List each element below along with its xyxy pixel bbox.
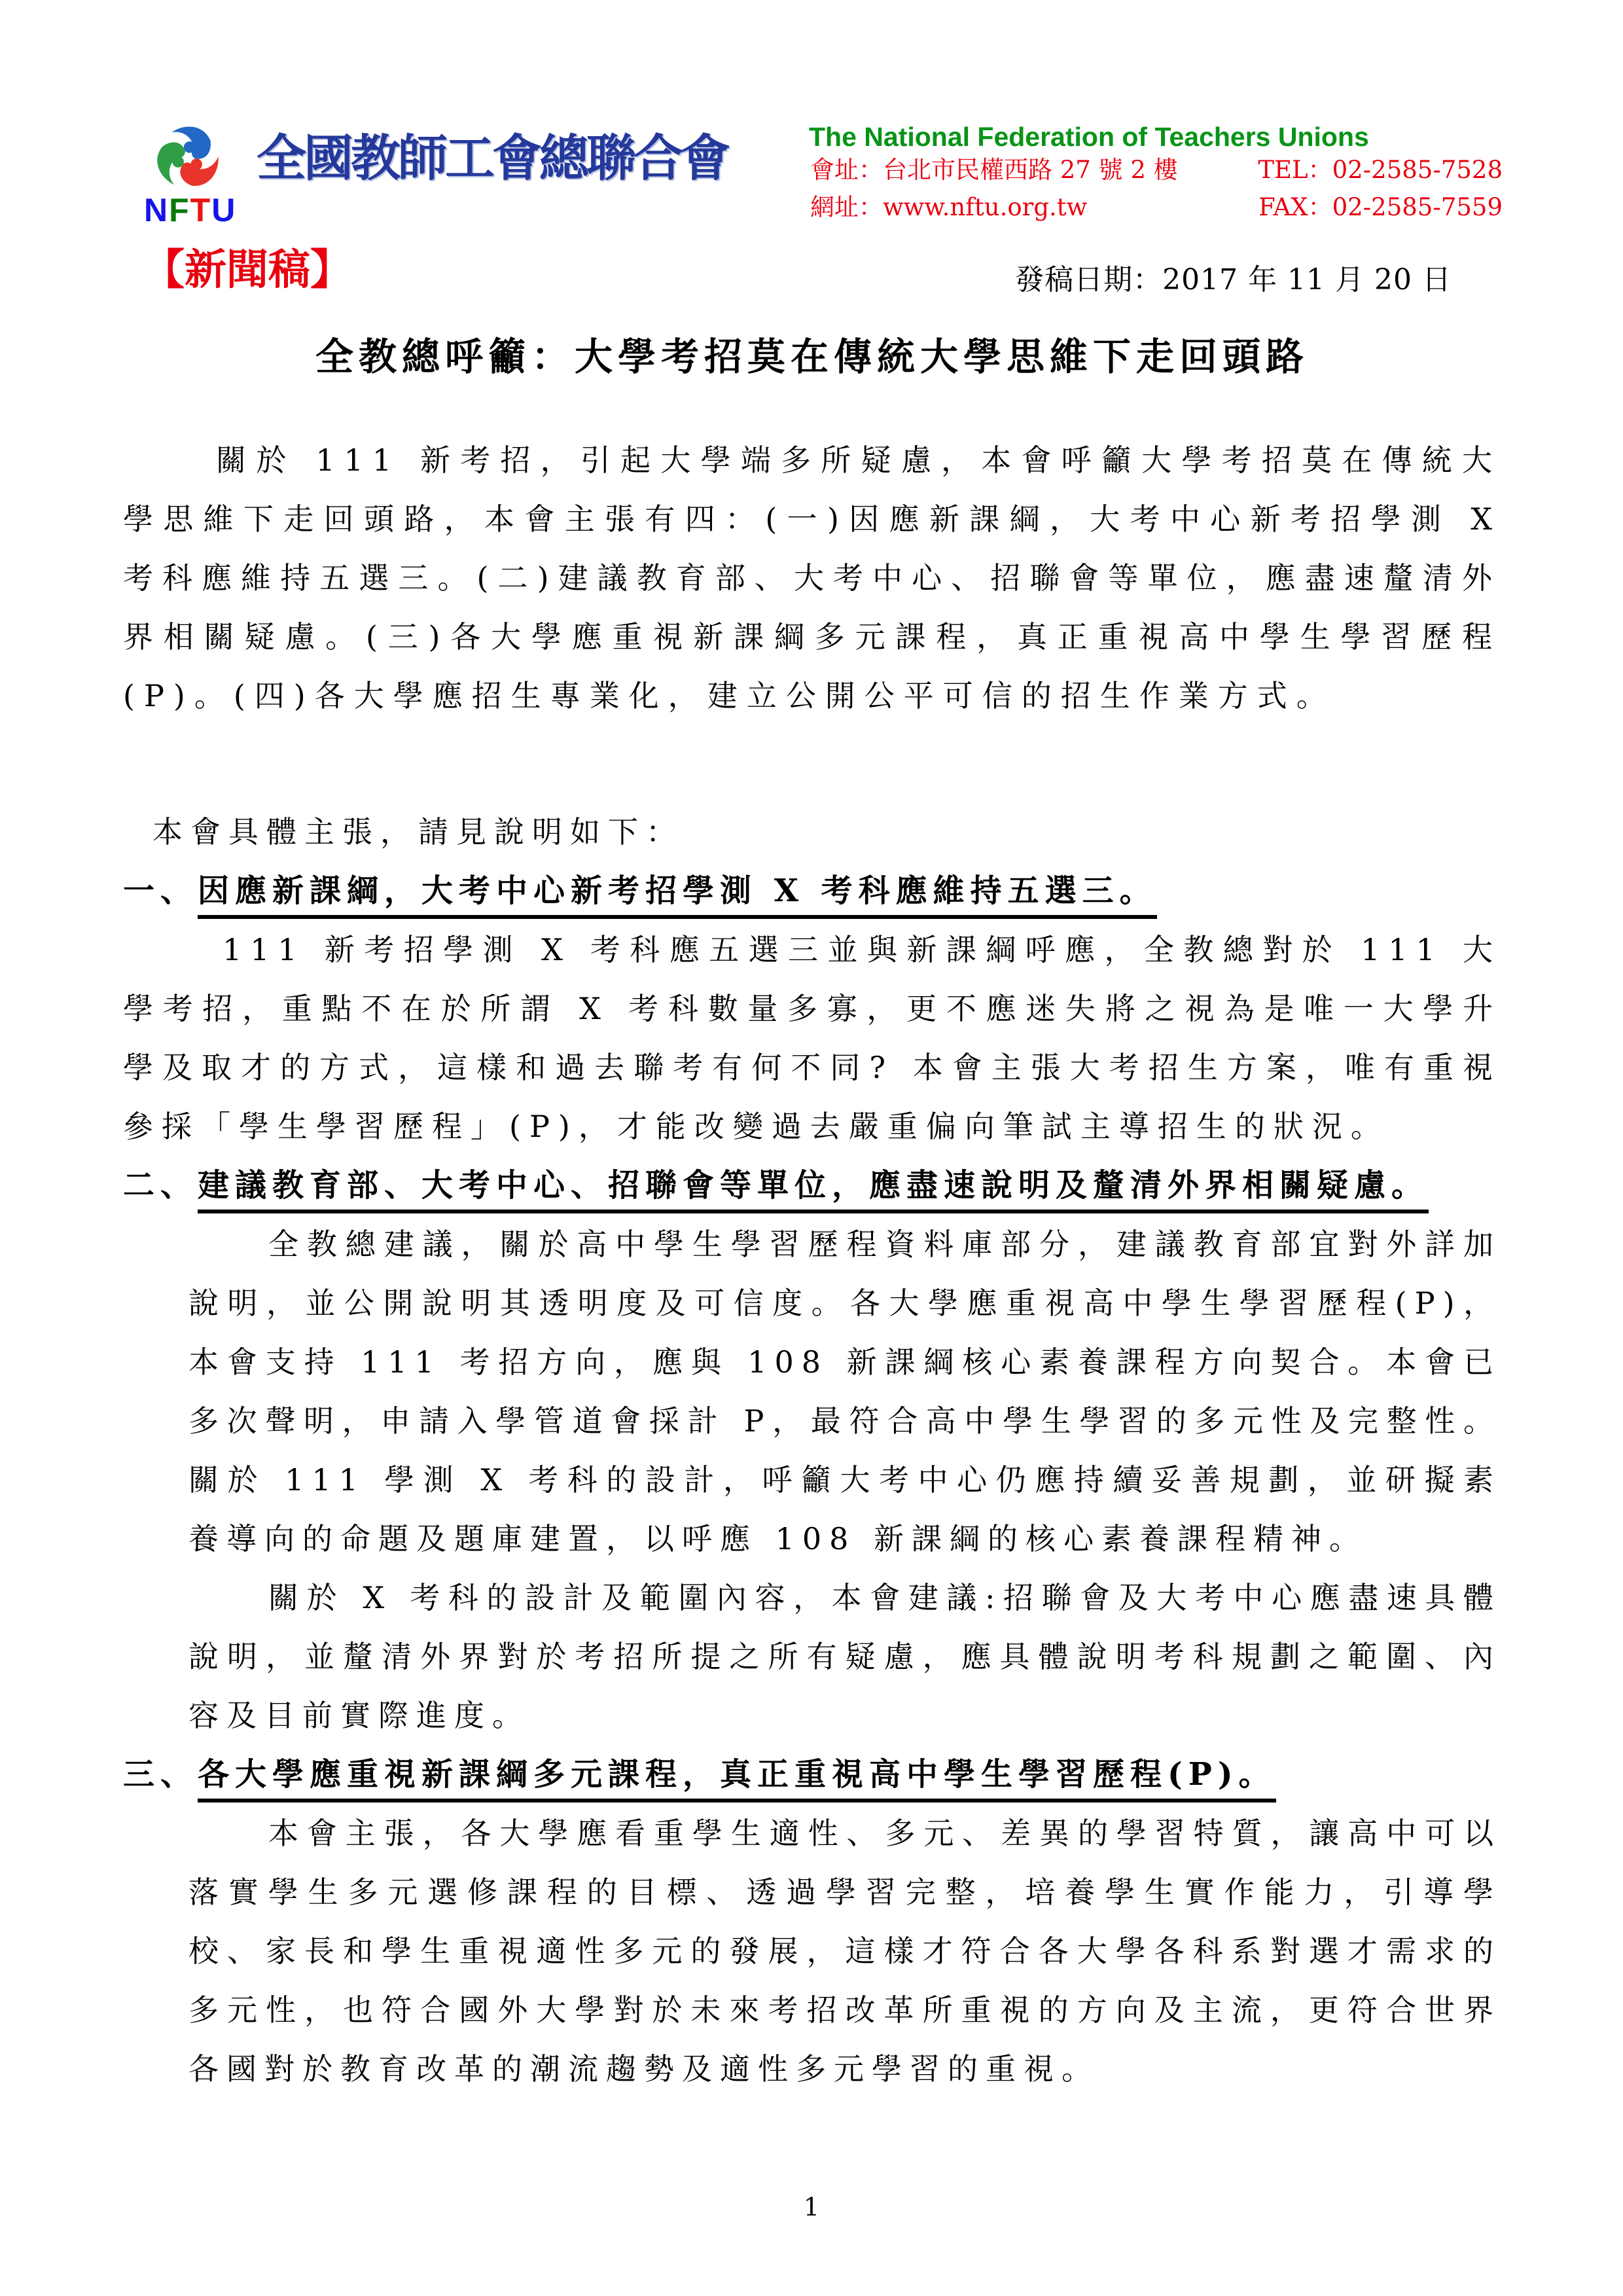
lead-in-line: 本會具體主張，請見說明如下： <box>152 802 1501 861</box>
nftu-letter: T <box>190 192 212 228</box>
release-date: 發稿日期：2017 年 11 月 20 日 <box>1015 264 1452 296</box>
org-name-zh: 全國教師工會總聯合會 <box>257 128 715 188</box>
website-text: 網址：www.nftu.org.tw <box>810 194 1245 221</box>
section-heading-text: 因應新課綱，大考中心新考招學測 X 考科應維持五選三。 <box>198 872 1157 919</box>
intro-paragraph: 關於 111 新考招，引起大學端多所疑慮，本會呼籲大學考招莫在傳統大學思維下走回… <box>123 431 1501 725</box>
section-heading: 三、各大學應重視新課綱多元課程，真正重視高中學生學習歷程(P)。 <box>123 1745 1501 1804</box>
tel-text: TEL：02-2585-7528 <box>1258 157 1503 184</box>
section-heading-text: 建議教育部、大考中心、招聯會等單位，應盡速說明及釐清外界相關疑慮。 <box>198 1167 1429 1213</box>
section: 一、因應新課綱，大考中心新考招學測 X 考科應維持五選三。 111 新考招學測 … <box>123 861 1501 1156</box>
section-number: 一、 <box>123 872 198 909</box>
section: 二、建議教育部、大考中心、招聯會等單位，應盡速說明及釐清外界相關疑慮。 全教總建… <box>123 1156 1501 1745</box>
section: 三、各大學應重視新課綱多元課程，真正重視高中學生學習歷程(P)。 本會主張，各大… <box>123 1745 1501 2098</box>
section-number: 二、 <box>123 1167 198 1204</box>
document-title: 全教總呼籲：大學考招莫在傳統大學思維下走回頭路 <box>123 332 1501 381</box>
org-name-en: The National Federation of Teachers Unio… <box>809 122 1509 152</box>
nftu-letter: F <box>169 192 190 228</box>
document-body: 全教總呼籲：大學考招莫在傳統大學思維下走回頭路 關於 111 新考招，引起大學端… <box>123 332 1501 2098</box>
contact-block: 會址：台北市民權西路 27 號 2 樓 TEL：02-2585-7528 網址：… <box>810 157 1503 221</box>
section-paragraph: 111 新考招學測 X 考科應五選三並與新課綱呼應，全教總對於 111 大學考招… <box>123 920 1501 1156</box>
section-paragraph: 本會主張，各大學應看重學生適性、多元、差異的學習特質，讓高中可以落實學生多元選修… <box>188 1804 1501 2098</box>
section-paragraph: 全教總建議，關於高中學生學習歷程資料庫部分，建議教育部宜對外詳加說明，並公開說明… <box>188 1215 1501 1568</box>
section-paragraph: 關於 X 考科的設計及範圍內容，本會建議:招聯會及大考中心應盡速具體說明，並釐清… <box>188 1568 1501 1745</box>
section-heading: 二、建議教育部、大考中心、招聯會等單位，應盡速說明及釐清外界相關疑慮。 <box>123 1156 1501 1215</box>
nftu-acronym: NFTU <box>144 194 236 226</box>
nftu-letter: U <box>211 192 236 228</box>
nftu-letter: N <box>144 192 169 228</box>
fax-text: FAX：02-2585-7559 <box>1258 194 1503 221</box>
section-number: 三、 <box>123 1756 198 1793</box>
section-heading: 一、因應新課綱，大考中心新考招學測 X 考科應維持五選三。 <box>123 861 1501 920</box>
nftu-logo-icon <box>141 119 232 196</box>
section-heading-text: 各大學應重視新課綱多元課程，真正重視高中學生學習歷程(P)。 <box>198 1756 1276 1803</box>
address-text: 會址：台北市民權西路 27 號 2 樓 <box>810 157 1245 184</box>
document-page: NFTU 全國教師工會總聯合會 The National Federation … <box>0 0 1623 2296</box>
press-release-label: 【新聞稿】 <box>143 247 352 293</box>
page-number: 1 <box>0 2193 1623 2221</box>
sections-container: 一、因應新課綱，大考中心新考招學測 X 考科應維持五選三。 111 新考招學測 … <box>123 861 1501 2098</box>
